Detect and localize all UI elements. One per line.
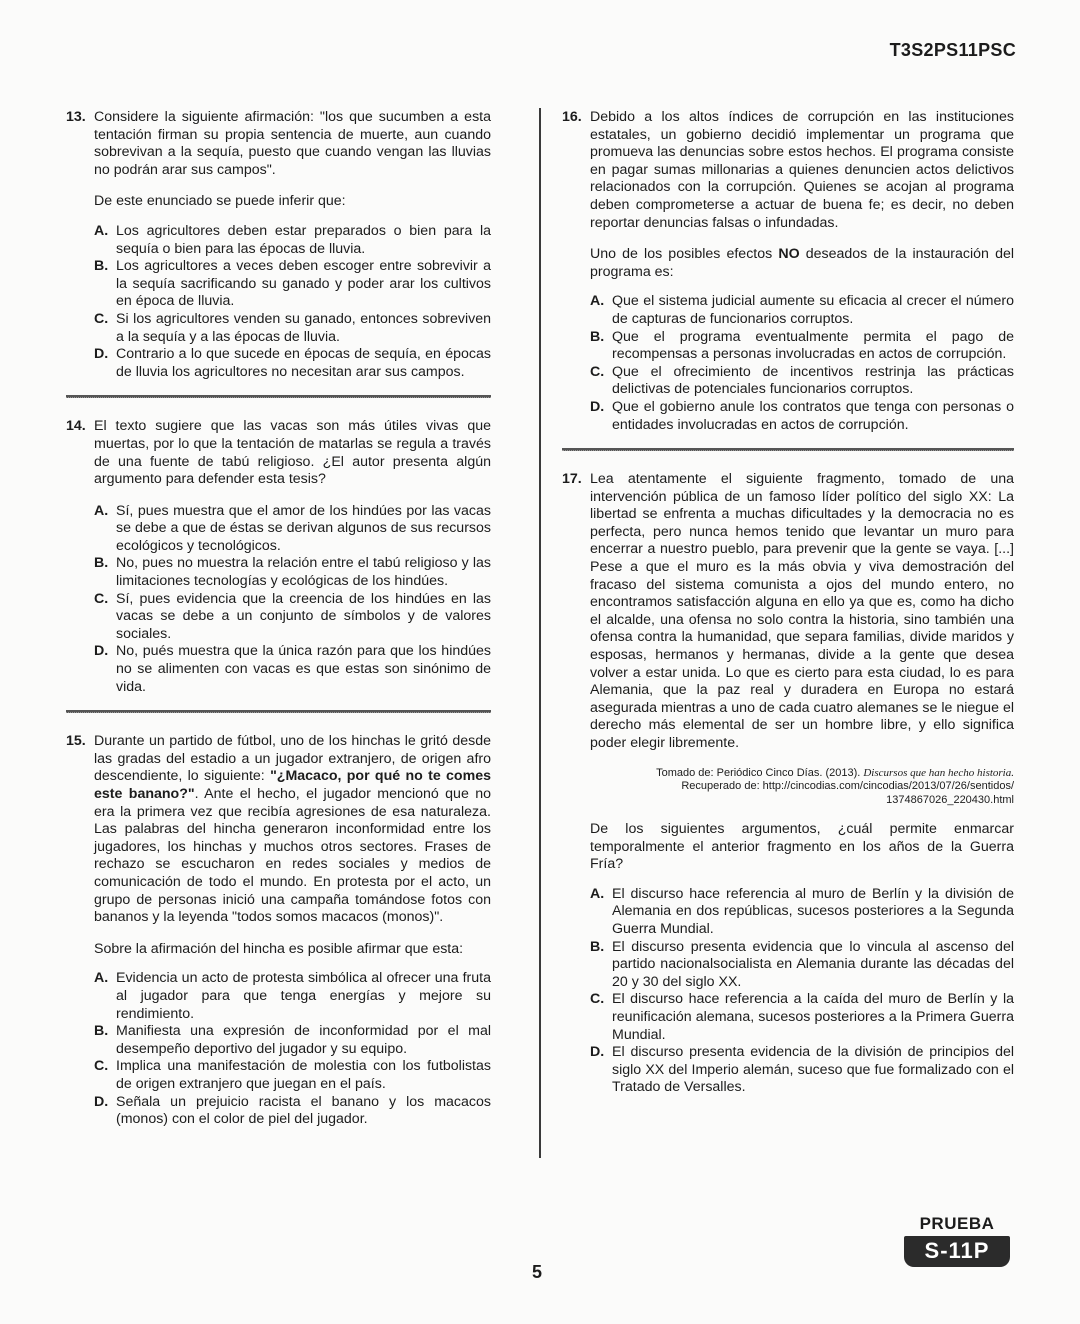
question-separator	[66, 710, 491, 713]
badge-title: PRUEBA	[904, 1214, 1010, 1234]
question-stem: El texto sugiere que las vacas son más ú…	[94, 418, 491, 488]
options-list: A.Evidencia un acto de protesta simbólic…	[94, 970, 491, 1128]
option-text: El discurso hace referencia a la caída d…	[612, 991, 1014, 1044]
option-letter: D.	[590, 399, 612, 434]
option-b[interactable]: B.Los agricultores a veces deben escoger…	[94, 258, 491, 311]
option-a[interactable]: A.Evidencia un acto de protesta simbólic…	[94, 970, 491, 1023]
question-stem: Lea atentamente el siguiente fragmento, …	[590, 471, 1014, 753]
option-d[interactable]: D.No, pués muestra que la única razón pa…	[94, 643, 491, 696]
option-text: El discurso presenta evidencia que lo vi…	[612, 939, 1014, 992]
exam-code: T3S2PS11PSC	[890, 40, 1016, 61]
option-b[interactable]: B.Manifiesta una expresión de inconformi…	[94, 1023, 491, 1058]
option-letter: C.	[590, 364, 612, 399]
badge-code: S-11P	[904, 1236, 1010, 1267]
option-text: Sí, pues evidencia que la creencia de lo…	[116, 591, 491, 644]
question-number: 15.	[66, 733, 94, 927]
citation-source: Tomado de: Periódico Cinco Días. (2013).	[656, 767, 863, 779]
question-separator	[66, 395, 491, 398]
option-letter: A.	[590, 293, 612, 328]
citation-url: Recuperado de: http://cincodias.com/cinc…	[681, 780, 1014, 792]
option-d[interactable]: D.Señala un prejuicio racista el banano …	[94, 1094, 491, 1129]
option-text: Que el programa eventualmente permita el…	[612, 329, 1014, 364]
option-c[interactable]: C.Si los agricultores venden su ganado, …	[94, 311, 491, 346]
option-c[interactable]: C.Sí, pues evidencia que la creencia de …	[94, 591, 491, 644]
question-15: 15. Durante un partido de fútbol, uno de…	[66, 733, 491, 1128]
option-text: Si los agricultores venden su ganado, en…	[116, 311, 491, 346]
question-prompt: Uno de los posibles efectos NO deseados …	[590, 246, 1014, 281]
option-a[interactable]: A.Sí, pues muestra que el amor de los hi…	[94, 503, 491, 556]
option-text: Los agricultores deben estar preparados …	[116, 223, 491, 258]
prompt-emphasis: NO	[778, 246, 799, 262]
option-text: Señala un prejuicio racista el banano y …	[116, 1094, 491, 1129]
option-letter: B.	[94, 258, 116, 311]
option-text: Contrario a lo que sucede en épocas de s…	[116, 346, 491, 381]
option-text: Sí, pues muestra que el amor de los hind…	[116, 503, 491, 556]
question-prompt: Sobre la afirmación del hincha es posibl…	[94, 941, 491, 959]
option-letter: D.	[94, 346, 116, 381]
option-c[interactable]: C.Implica una manifestación de molestia …	[94, 1058, 491, 1093]
question-stem: Considere la siguiente afirmación: "los …	[94, 109, 491, 179]
question-number: 13.	[66, 109, 94, 179]
option-text: El discurso hace referencia al muro de B…	[612, 886, 1014, 939]
citation-url-end: 1374867026_220430.html	[886, 794, 1014, 806]
option-text: Que el gobierno anule los contratos que …	[612, 399, 1014, 434]
option-b[interactable]: B.El discurso presenta evidencia que lo …	[590, 939, 1014, 992]
right-column: 16. Debido a los altos índices de corrup…	[562, 109, 1014, 1097]
option-a[interactable]: A.El discurso hace referencia al muro de…	[590, 886, 1014, 939]
option-text: No, pués muestra que la única razón para…	[116, 643, 491, 696]
option-letter: A.	[94, 970, 116, 1023]
option-letter: D.	[94, 1094, 116, 1129]
question-prompt: De este enunciado se puede inferir que:	[94, 193, 491, 211]
option-letter: A.	[590, 886, 612, 939]
left-column: 13. Considere la siguiente afirmación: "…	[66, 109, 491, 1129]
options-list: A.Los agricultores deben estar preparado…	[94, 223, 491, 381]
option-letter: A.	[94, 223, 116, 258]
question-number: 16.	[562, 109, 590, 232]
question-stem: Debido a los altos índices de corrupción…	[590, 109, 1014, 232]
question-stem: Durante un partido de fútbol, uno de los…	[94, 733, 491, 927]
option-letter: C.	[94, 591, 116, 644]
option-letter: D.	[590, 1044, 612, 1097]
option-text: Los agricultores a veces deben escoger e…	[116, 258, 491, 311]
stem-text: . Ante el hecho, el jugador mencionó que…	[94, 786, 491, 925]
options-list: A.Que el sistema judicial aumente su efi…	[590, 293, 1014, 434]
question-14: 14. El texto sugiere que las vacas son m…	[66, 418, 491, 696]
option-text: Evidencia un acto de protesta simbólica …	[116, 970, 491, 1023]
question-number: 14.	[66, 418, 94, 488]
citation-title: Discursos que han hecho historia.	[863, 767, 1014, 779]
option-letter: B.	[590, 939, 612, 992]
option-letter: B.	[94, 555, 116, 590]
page-number: 5	[532, 1262, 542, 1283]
option-c[interactable]: C.El discurso hace referencia a la caída…	[590, 991, 1014, 1044]
option-letter: C.	[94, 1058, 116, 1093]
question-separator	[562, 448, 1014, 451]
question-13: 13. Considere la siguiente afirmación: "…	[66, 109, 491, 381]
options-list: A.Sí, pues muestra que el amor de los hi…	[94, 503, 491, 697]
option-text: Que el ofrecimiento de incentivos restri…	[612, 364, 1014, 399]
option-b[interactable]: B.Que el programa eventualmente permita …	[590, 329, 1014, 364]
option-text: Implica una manifestación de molestia co…	[116, 1058, 491, 1093]
option-text: Manifiesta una expresión de inconformida…	[116, 1023, 491, 1058]
option-letter: D.	[94, 643, 116, 696]
column-divider	[539, 108, 541, 1158]
options-list: A.El discurso hace referencia al muro de…	[590, 886, 1014, 1097]
option-text: El discurso presenta evidencia de la div…	[612, 1044, 1014, 1097]
option-a[interactable]: A.Que el sistema judicial aumente su efi…	[590, 293, 1014, 328]
prompt-text: Uno de los posibles efectos	[590, 246, 778, 262]
option-letter: C.	[590, 991, 612, 1044]
question-prompt: De los siguientes argumentos, ¿cuál perm…	[590, 821, 1014, 874]
question-16: 16. Debido a los altos índices de corrup…	[562, 109, 1014, 434]
option-d[interactable]: D.Contrario a lo que sucede en épocas de…	[94, 346, 491, 381]
question-17: 17. Lea atentamente el siguiente fragmen…	[562, 471, 1014, 1097]
option-c[interactable]: C.Que el ofrecimiento de incentivos rest…	[590, 364, 1014, 399]
option-letter: C.	[94, 311, 116, 346]
option-a[interactable]: A.Los agricultores deben estar preparado…	[94, 223, 491, 258]
test-badge: PRUEBA S-11P	[904, 1214, 1010, 1267]
citation: Tomado de: Periódico Cinco Días. (2013).…	[590, 767, 1014, 808]
option-text: Que el sistema judicial aumente su efica…	[612, 293, 1014, 328]
option-letter: B.	[590, 329, 612, 364]
option-d[interactable]: D.Que el gobierno anule los contratos qu…	[590, 399, 1014, 434]
option-letter: B.	[94, 1023, 116, 1058]
option-d[interactable]: D.El discurso presenta evidencia de la d…	[590, 1044, 1014, 1097]
option-letter: A.	[94, 503, 116, 556]
question-number: 17.	[562, 471, 590, 753]
option-text: No, pues no muestra la relación entre el…	[116, 555, 491, 590]
option-b[interactable]: B.No, pues no muestra la relación entre …	[94, 555, 491, 590]
